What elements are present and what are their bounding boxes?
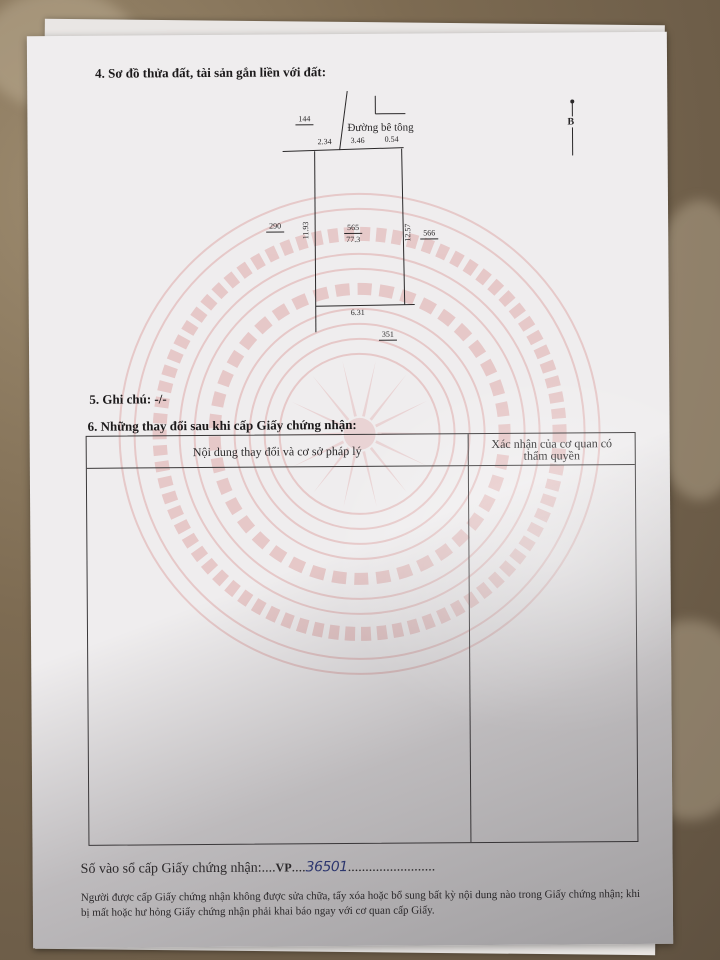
north-label: B [567,116,574,127]
parcel-area: 77.3 [346,235,360,244]
registry-label: Số vào sổ cấp Giấy chứng nhận: [81,861,262,877]
section-6-heading: 6. Những thay đổi sau khi cấp Giấy chứng… [87,417,356,435]
neighbor-parcel-290: 290 [266,221,284,232]
dim-top-middle: 3.46 [351,136,365,145]
neighbor-parcel-351: 351 [379,330,397,341]
dim-bottom-side: 6.31 [351,308,365,317]
column-divider [468,434,472,842]
land-parcel-sketch [27,32,669,376]
parcel-number: 565 [344,223,362,234]
certificate-notice: Người được cấp Giấy chứng nhận không đượ… [81,887,641,921]
registry-prefix: VP [276,860,292,874]
certificate-page: 4. Sơ đồ thửa đất, tài sản gắn liền với … [27,32,673,948]
column-header-authority-confirmation: Xác nhận của cơ quan có thẩm quyền [469,433,635,465]
road-label: Đường bê tông [347,122,413,134]
changes-table: Nội dung thay đổi và cơ sở pháp lý Xác n… [86,432,639,846]
dim-top-left: 2.34 [318,137,332,146]
registry-handwritten-number: 36501 [306,859,348,875]
dim-left-side: 11.93 [301,222,310,240]
dim-top-right: 0.54 [385,135,399,144]
neighbor-parcel-566: 566 [420,228,438,239]
column-header-change-content: Nội dung thay đổi và cơ sở pháp lý [87,434,468,468]
neighbor-parcel-144: 144 [295,114,313,125]
registry-number-line: Số vào sổ cấp Giấy chứng nhận:....VP....… [81,858,436,877]
section-5-heading: 5. Ghi chú: -/- [89,391,166,408]
dim-right-side: 12.57 [403,224,412,242]
